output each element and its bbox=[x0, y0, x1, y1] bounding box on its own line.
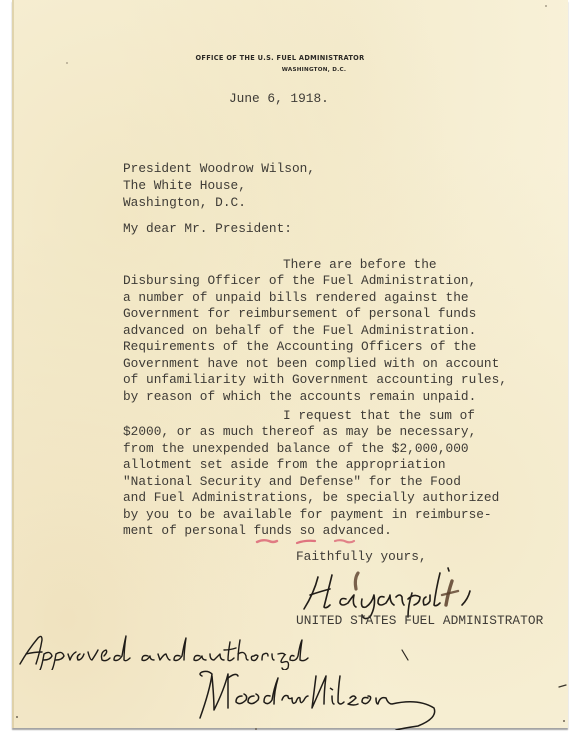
letterhead-office: OFFICE OF THE U.S. FUEL ADMINISTRATOR bbox=[0, 54, 568, 62]
body-line: allotment set aside from the appropriati… bbox=[123, 458, 446, 472]
paper-speck bbox=[66, 62, 68, 64]
paper-speck bbox=[255, 728, 257, 730]
recipient-line: Washington, D.C. bbox=[123, 196, 246, 210]
letterhead-location: WASHINGTON, D.C. bbox=[26, 67, 576, 73]
garfield-signature bbox=[296, 565, 506, 620]
paper-speck bbox=[563, 720, 565, 722]
body-line: I request that the sum of bbox=[283, 409, 475, 423]
body-line: There are before the bbox=[283, 258, 437, 272]
body-line: Government have not been complied with o… bbox=[123, 357, 499, 371]
body-line: by you to be available for payment in re… bbox=[123, 508, 492, 522]
body-line: from the unexpended balance of the $2,00… bbox=[123, 442, 469, 456]
body-line: Government for reimbursement of personal… bbox=[123, 307, 476, 321]
recipient-line: The White House, bbox=[123, 179, 246, 193]
pen-stroke-mark bbox=[400, 648, 412, 662]
body-line: of unfamiliarity with Government account… bbox=[123, 373, 507, 387]
salutation: My dear Mr. President: bbox=[123, 222, 292, 236]
body-line: $2000, or as much thereof as may be nece… bbox=[123, 425, 476, 439]
paper-speck bbox=[545, 5, 547, 7]
wilson-signature bbox=[188, 668, 438, 730]
recipient-line: President Woodrow Wilson, bbox=[123, 162, 315, 176]
pen-stroke-mark bbox=[558, 683, 568, 689]
body-line: Requirements of the Accounting Officers … bbox=[123, 340, 476, 354]
closing: Faithfully yours, bbox=[296, 550, 427, 564]
signer-title: UNITED STATES FUEL ADMINISTRATOR bbox=[296, 614, 543, 628]
paper-speck bbox=[16, 716, 18, 718]
red-ink-marks bbox=[255, 536, 365, 548]
body-line: by reason of which the accounts remain u… bbox=[123, 390, 476, 404]
body-line: and Fuel Administrations, be specially a… bbox=[123, 491, 499, 505]
body-line: advanced on behalf of the Fuel Administr… bbox=[123, 324, 476, 338]
body-line: "National Security and Defense" for the … bbox=[123, 475, 461, 489]
body-line: a number of unpaid bills rendered agains… bbox=[123, 291, 469, 305]
approval-handwriting bbox=[14, 630, 314, 670]
letter-date: June 6, 1918. bbox=[229, 92, 329, 106]
paper-edge bbox=[12, 0, 14, 728]
body-line: Disbursing Officer of the Fuel Administr… bbox=[123, 274, 476, 288]
